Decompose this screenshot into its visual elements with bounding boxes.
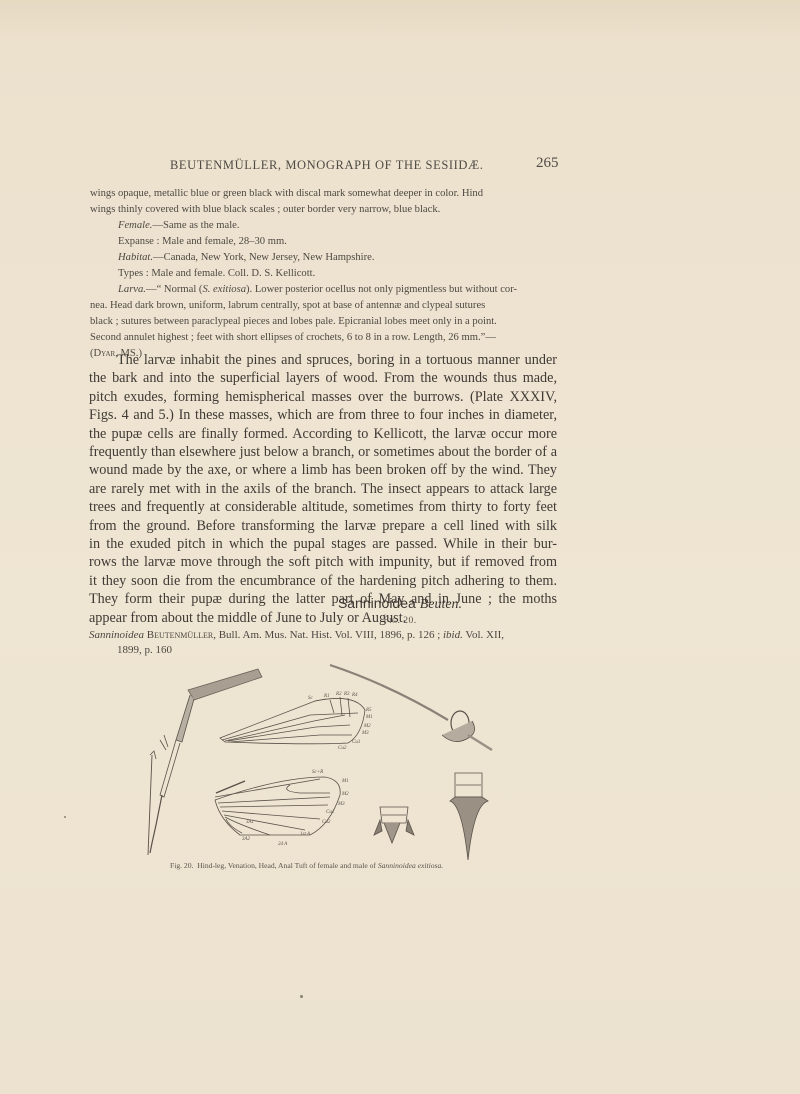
svg-text:R3: R3 [343, 692, 350, 697]
paragraph-line: the pupæ cells are finally formed. Accor… [89, 425, 557, 443]
types-entry: Types : Male and female. Coll. D. S. Kel… [90, 266, 556, 282]
svg-text:R4: R4 [351, 693, 358, 698]
paragraph-line: from the ground. Before transforming the… [89, 517, 557, 535]
synonym-name: Sanninoidea [89, 629, 144, 641]
paragraph-line: Figs. 4 and 5.) In these masses, which a… [89, 406, 557, 424]
paragraph-line: rows the larvæ move through the soft pit… [89, 553, 557, 571]
svg-text:M2: M2 [341, 792, 349, 797]
synonym-author: Beutenmüller [147, 629, 213, 641]
svg-text:Sc+R: Sc+R [312, 770, 323, 775]
svg-text:R2: R2 [335, 692, 342, 697]
caption-text: Hind-leg, Venation, Head, Anal Tuft of f… [197, 861, 378, 870]
svg-text:M2: M2 [363, 724, 371, 729]
larva-line: black ; sutures between paraclypeal piec… [90, 314, 556, 330]
head-illustration [330, 665, 492, 750]
paragraph-line: pitch exudes, forming hemispherical mass… [89, 388, 557, 406]
figure-label: Fig. 20. [0, 616, 800, 626]
larva-entry: Larva.—“ Normal (S. exitiosa). Lower pos… [90, 282, 556, 298]
figure-illustration: Sc R1 R2 R3 R4 R5 M1 M2 M3 Cu1 Cu2 Sc+R … [130, 655, 530, 860]
svg-text:Cu1: Cu1 [326, 810, 334, 815]
habitat-entry: Habitat.—Canada, New York, New Jersey, N… [90, 250, 556, 266]
caption-species: Sanninoidea exitiosa. [378, 861, 443, 870]
book-page: BEUTENMÜLLER, MONOGRAPH OF THE SESIIDÆ. … [0, 0, 800, 1094]
hindwing-venation [215, 777, 340, 835]
female-entry: Female.—Same as the male. [90, 218, 556, 234]
genus-author: Beuten. [420, 597, 462, 612]
svg-text:Cu2: Cu2 [338, 746, 347, 751]
svg-text:M3: M3 [337, 802, 345, 807]
hind-leg-illustration [148, 669, 262, 855]
forewing-venation [220, 697, 365, 744]
species-description: wings opaque, metallic blue or green bla… [90, 186, 556, 362]
paragraph-line: are rarely met with in the axils of the … [89, 480, 557, 498]
svg-text:Sc: Sc [308, 696, 314, 701]
svg-text:2d A: 2d A [278, 842, 288, 847]
larva-line: Second annulet highest ; feet with short… [90, 330, 556, 346]
svg-text:R5: R5 [365, 708, 372, 713]
svg-text:M3: M3 [361, 731, 369, 736]
svg-text:Cu1: Cu1 [352, 740, 360, 745]
running-title: BEUTENMÜLLER, MONOGRAPH OF THE SESIIDÆ. [170, 158, 483, 173]
figure-caption: Fig. 20. Hind-leg, Venation, Head, Anal … [170, 861, 510, 870]
figure-20: Sc R1 R2 R3 R4 R5 M1 M2 M3 Cu1 Cu2 Sc+R … [130, 655, 530, 860]
svg-text:3A1: 3A1 [246, 820, 254, 825]
svg-text:Cu2: Cu2 [322, 820, 331, 825]
paragraph-line: The larvæ inhabit the pines and spruces,… [89, 351, 557, 369]
anal-tuft-female [374, 807, 414, 843]
caption-prefix: Fig. 20. [170, 861, 193, 870]
anal-tuft-male [450, 773, 488, 860]
paragraph-line: it they soon die from the encumbrance of… [89, 572, 557, 590]
genus-name: Sanninoidea [338, 595, 416, 611]
svg-text:M1: M1 [341, 779, 349, 784]
expanse-entry: Expanse : Male and female, 28–30 mm. [90, 234, 556, 250]
main-paragraph: The larvæ inhabit the pines and spruces,… [89, 351, 557, 627]
description-line: wings thinly covered with blue black sca… [90, 202, 556, 218]
paragraph-line: the bark and into the superficial layers… [89, 369, 557, 387]
description-line: wings opaque, metallic blue or green bla… [90, 186, 556, 202]
paragraph-line: trees and frequently at considerable alt… [89, 498, 557, 516]
svg-text:M1: M1 [365, 715, 373, 720]
paragraph-line: in the exuded pitch in which the pupal s… [89, 535, 557, 553]
svg-text:3A2: 3A2 [242, 837, 251, 842]
page-number: 265 [536, 155, 559, 172]
genus-heading: Sanninoidea Beuten. [0, 595, 800, 613]
synonymy: Sanninoidea Beutenmüller, Bull. Am. Mus.… [89, 628, 559, 658]
paper-speck [64, 816, 66, 818]
paragraph-line: frequently than elsewhere just below a b… [89, 443, 557, 461]
svg-text:1st A: 1st A [300, 832, 311, 837]
paper-speck [300, 995, 303, 998]
svg-text:R1: R1 [323, 694, 330, 699]
paragraph-line: wound made by the axe, or where a limb h… [89, 461, 557, 479]
larva-line: nea. Head dark brown, uniform, labrum ce… [90, 298, 556, 314]
